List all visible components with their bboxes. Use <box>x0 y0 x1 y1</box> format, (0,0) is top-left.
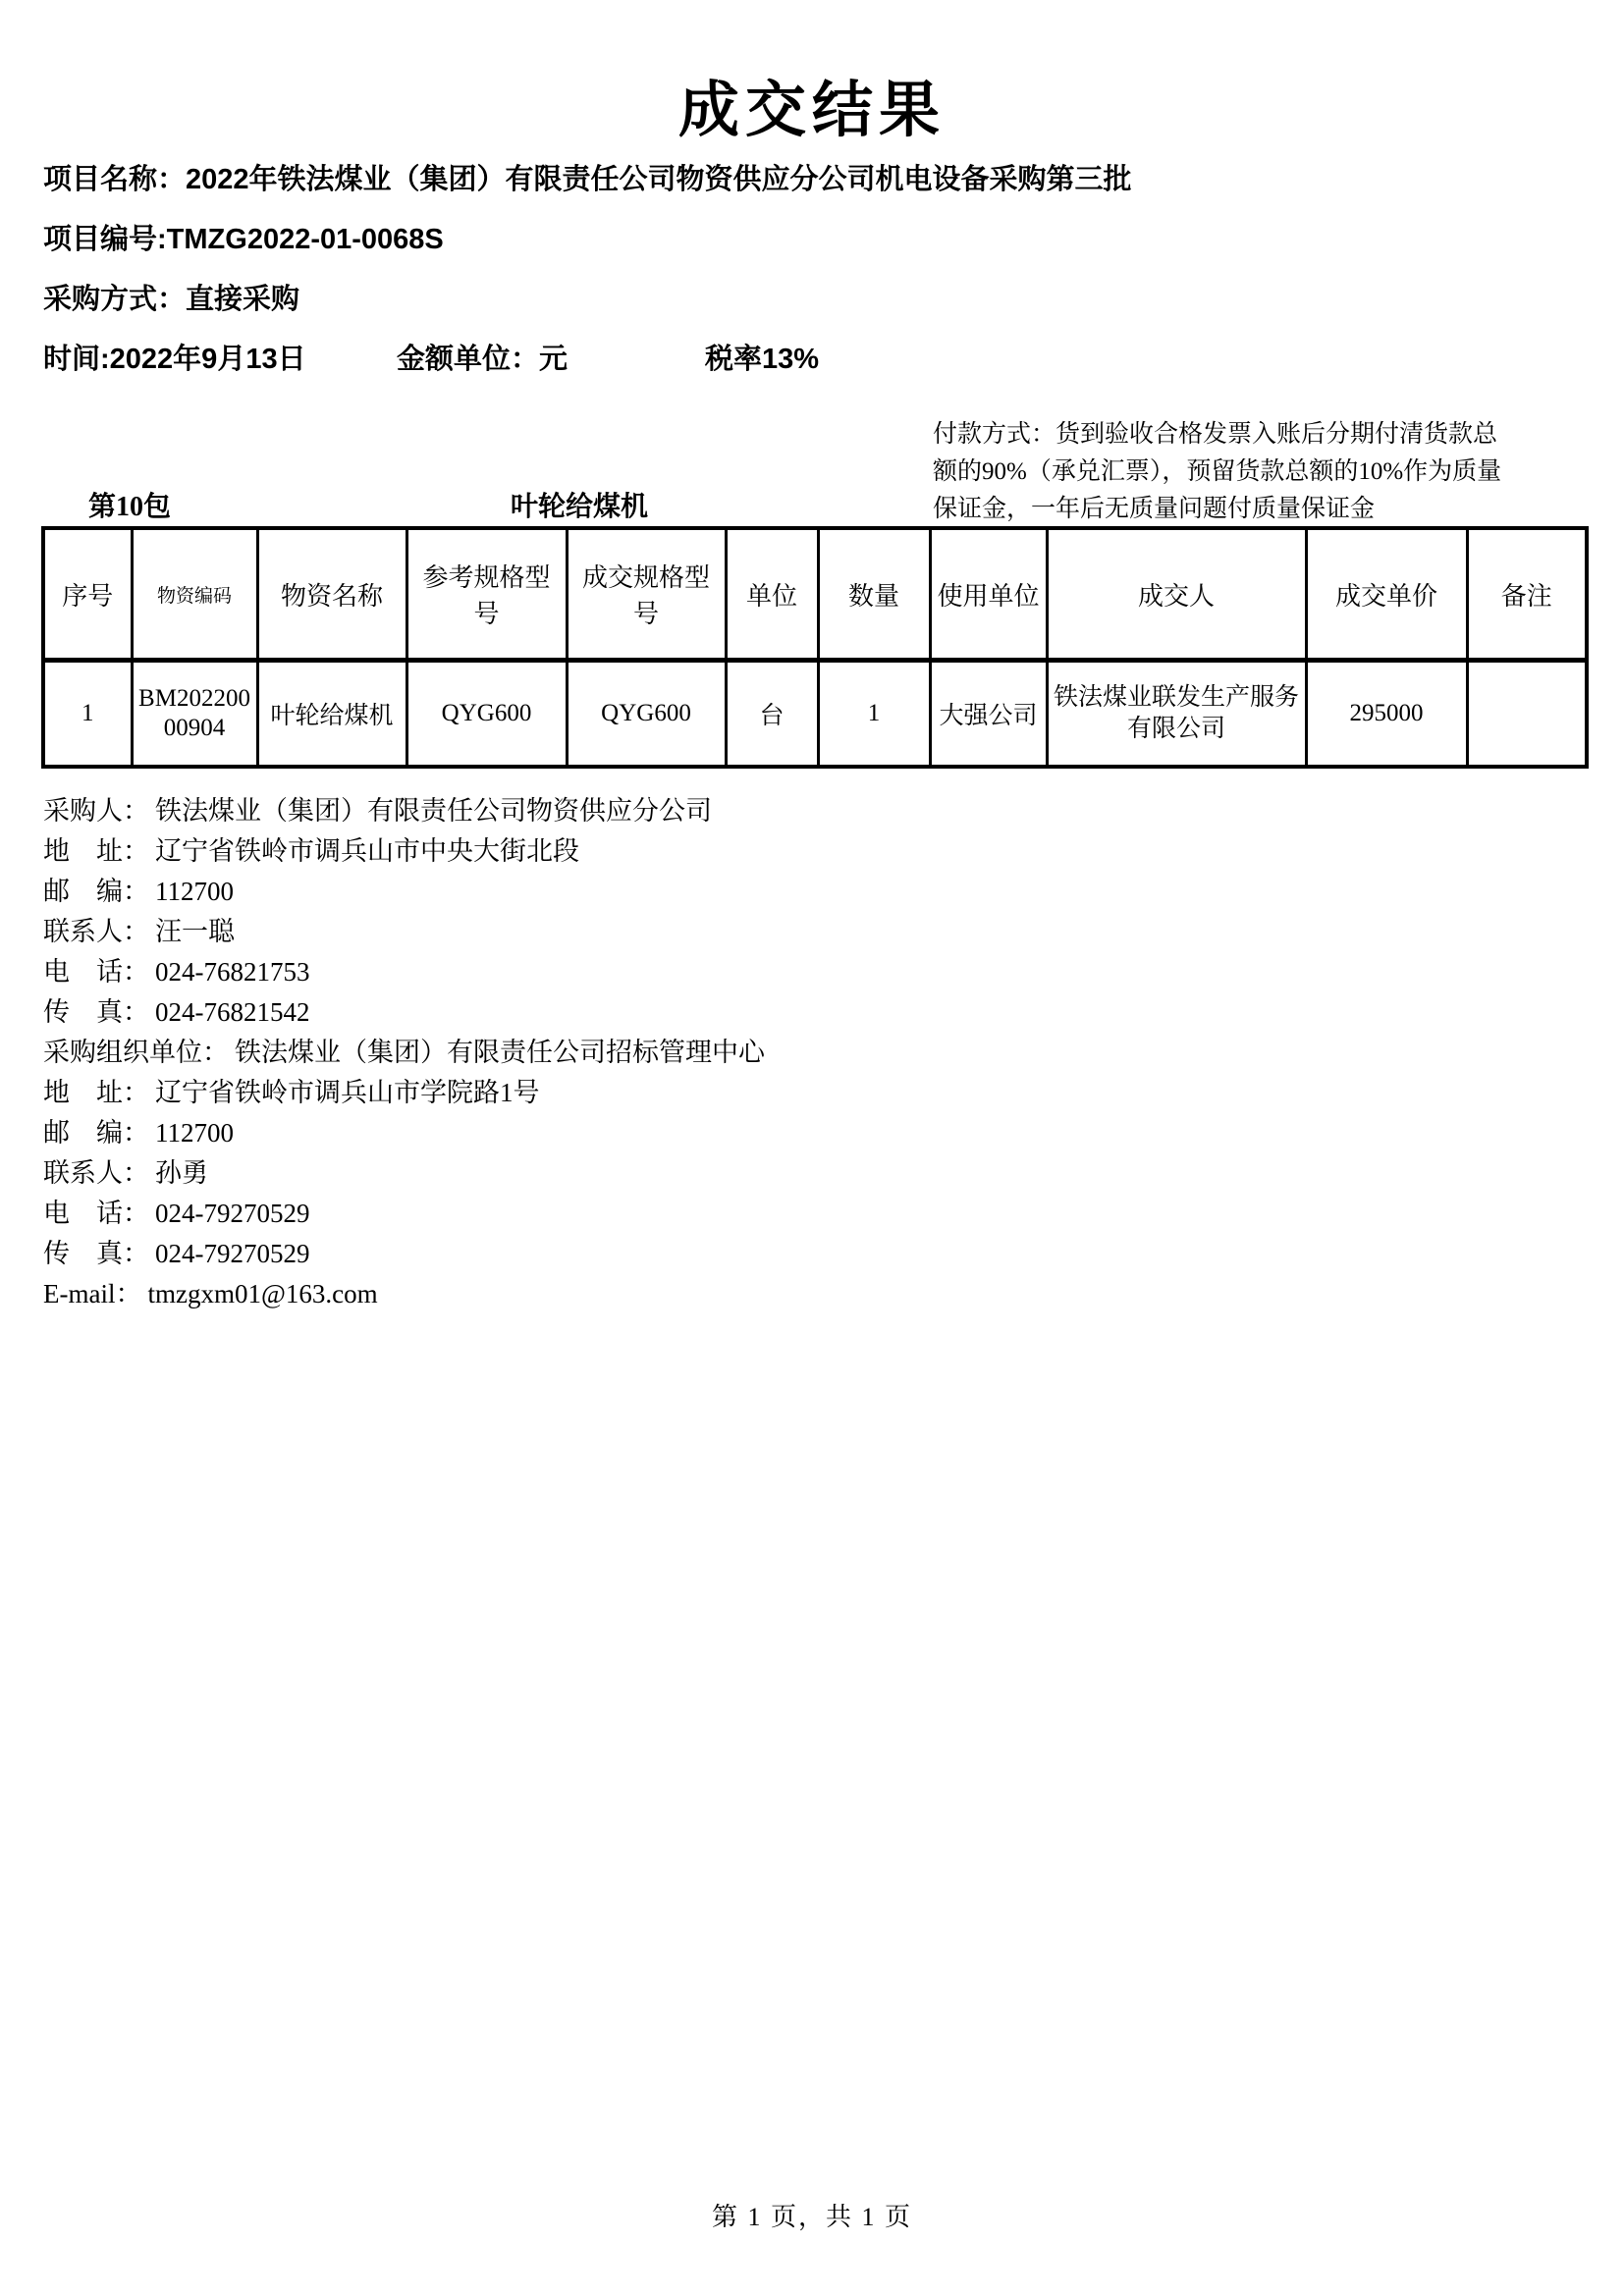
cell-ref-spec: QYG600 <box>406 661 567 768</box>
header-using-unit: 使用单位 <box>930 528 1047 661</box>
contact-line-phone: 电 话：024-79270529 <box>43 1194 765 1234</box>
header-unit-price: 成交单价 <box>1306 528 1467 661</box>
header-winner: 成交人 <box>1047 528 1306 661</box>
cell-winner: 铁法煤业联发生产服务有限公司 <box>1047 661 1306 768</box>
page-number-footer: 第 1 页，共 1 页 <box>0 2197 1624 2233</box>
cell-deal-spec: QYG600 <box>567 661 726 768</box>
contact-line-organizer: 采购组织单位：铁法煤业（集团）有限责任公司招标管理中心 <box>43 1033 765 1073</box>
table-row: 1 BM20220000904 叶轮给煤机 QYG600 QYG600 台 1 … <box>43 661 1587 768</box>
cell-material-code: BM20220000904 <box>132 661 257 768</box>
page-title: 成交结果 <box>0 61 1624 148</box>
contact-line-phone: 电 话：024-76821753 <box>43 952 765 992</box>
project-no-line: 项目编号:TMZG2022-01-0068S <box>43 217 444 257</box>
cell-remark <box>1467 661 1587 768</box>
time-line: 时间:2022年9月13日 金额单位：元 税率13% <box>43 337 306 377</box>
contact-line-zip: 邮 编：112700 <box>43 872 765 912</box>
contact-line-fax: 传 真：024-76821542 <box>43 992 765 1033</box>
contact-line-person: 联系人：孙勇 <box>43 1153 765 1194</box>
cell-unit: 台 <box>726 661 818 768</box>
method-label: 采购方式： <box>43 284 186 315</box>
cell-material-name: 叶轮给煤机 <box>257 661 406 768</box>
cell-quantity: 1 <box>818 661 930 768</box>
document-page: 成交结果 项目名称：2022年铁法煤业（集团）有限责任公司物资供应分公司机电设备… <box>0 0 1624 2296</box>
project-no-value: TMZG2022-01-0068S <box>167 224 444 255</box>
result-table: 序号 物资编码 物资名称 参考规格型号 成交规格型号 单位 数量 使用单位 成交… <box>41 526 1589 769</box>
cell-seq: 1 <box>43 661 132 768</box>
time-segment: 时间:2022年9月13日 <box>43 344 306 375</box>
contact-line-person: 联系人：汪一聪 <box>43 912 765 952</box>
package-name: 叶轮给煤机 <box>511 485 648 524</box>
project-name-label: 项目名称： <box>43 164 186 195</box>
project-name-line: 项目名称：2022年铁法煤业（集团）有限责任公司物资供应分公司机电设备采购第三批 <box>43 157 1132 197</box>
payment-terms-line: 额的90%（承兑汇票），预留货款总额的10%作为质量 <box>933 454 1586 491</box>
contact-line-buyer: 采购人：铁法煤业（集团）有限责任公司物资供应分公司 <box>43 791 765 831</box>
amount-unit-segment: 金额单位：元 <box>397 337 568 377</box>
header-seq: 序号 <box>43 528 132 661</box>
time-value: 2022年9月13日 <box>110 344 306 375</box>
package-number: 第10包 <box>88 485 171 524</box>
method-line: 采购方式：直接采购 <box>43 277 299 317</box>
header-material-code: 物资编码 <box>132 528 257 661</box>
table-header-row: 序号 物资编码 物资名称 参考规格型号 成交规格型号 单位 数量 使用单位 成交… <box>43 528 1587 661</box>
payment-terms-line: 保证金，一年后无质量问题付质量保证金 <box>933 491 1586 528</box>
contact-line-fax: 传 真：024-79270529 <box>43 1234 765 1274</box>
cell-using-unit: 大强公司 <box>930 661 1047 768</box>
cell-unit-price: 295000 <box>1306 661 1467 768</box>
contact-line-zip: 邮 编：112700 <box>43 1113 765 1153</box>
project-name-value: 2022年铁法煤业（集团）有限责任公司物资供应分公司机电设备采购第三批 <box>186 164 1132 195</box>
header-remark: 备注 <box>1467 528 1587 661</box>
header-deal-spec: 成交规格型号 <box>567 528 726 661</box>
contact-line-address: 地 址：辽宁省铁岭市调兵山市中央大街北段 <box>43 831 765 872</box>
contact-block: 采购人：铁法煤业（集团）有限责任公司物资供应分公司 地 址：辽宁省铁岭市调兵山市… <box>43 791 765 1314</box>
payment-terms-line: 付款方式：货到验收合格发票入账后分期付清货款总 <box>933 416 1586 454</box>
header-material-name: 物资名称 <box>257 528 406 661</box>
header-unit: 单位 <box>726 528 818 661</box>
time-label: 时间: <box>43 344 110 375</box>
payment-terms: 付款方式：货到验收合格发票入账后分期付清货款总 额的90%（承兑汇票），预留货款… <box>933 416 1586 528</box>
contact-line-email: E-mail：tmzgxm01@163.com <box>43 1274 765 1314</box>
tax-rate: 税率13% <box>705 337 819 377</box>
contact-line-address: 地 址：辽宁省铁岭市调兵山市学院路1号 <box>43 1073 765 1113</box>
method-value: 直接采购 <box>186 284 299 315</box>
header-quantity: 数量 <box>818 528 930 661</box>
header-ref-spec: 参考规格型号 <box>406 528 567 661</box>
project-no-label: 项目编号: <box>43 224 167 255</box>
amount-unit-label: 金额单位： <box>397 344 539 375</box>
amount-unit-value: 元 <box>539 344 568 375</box>
